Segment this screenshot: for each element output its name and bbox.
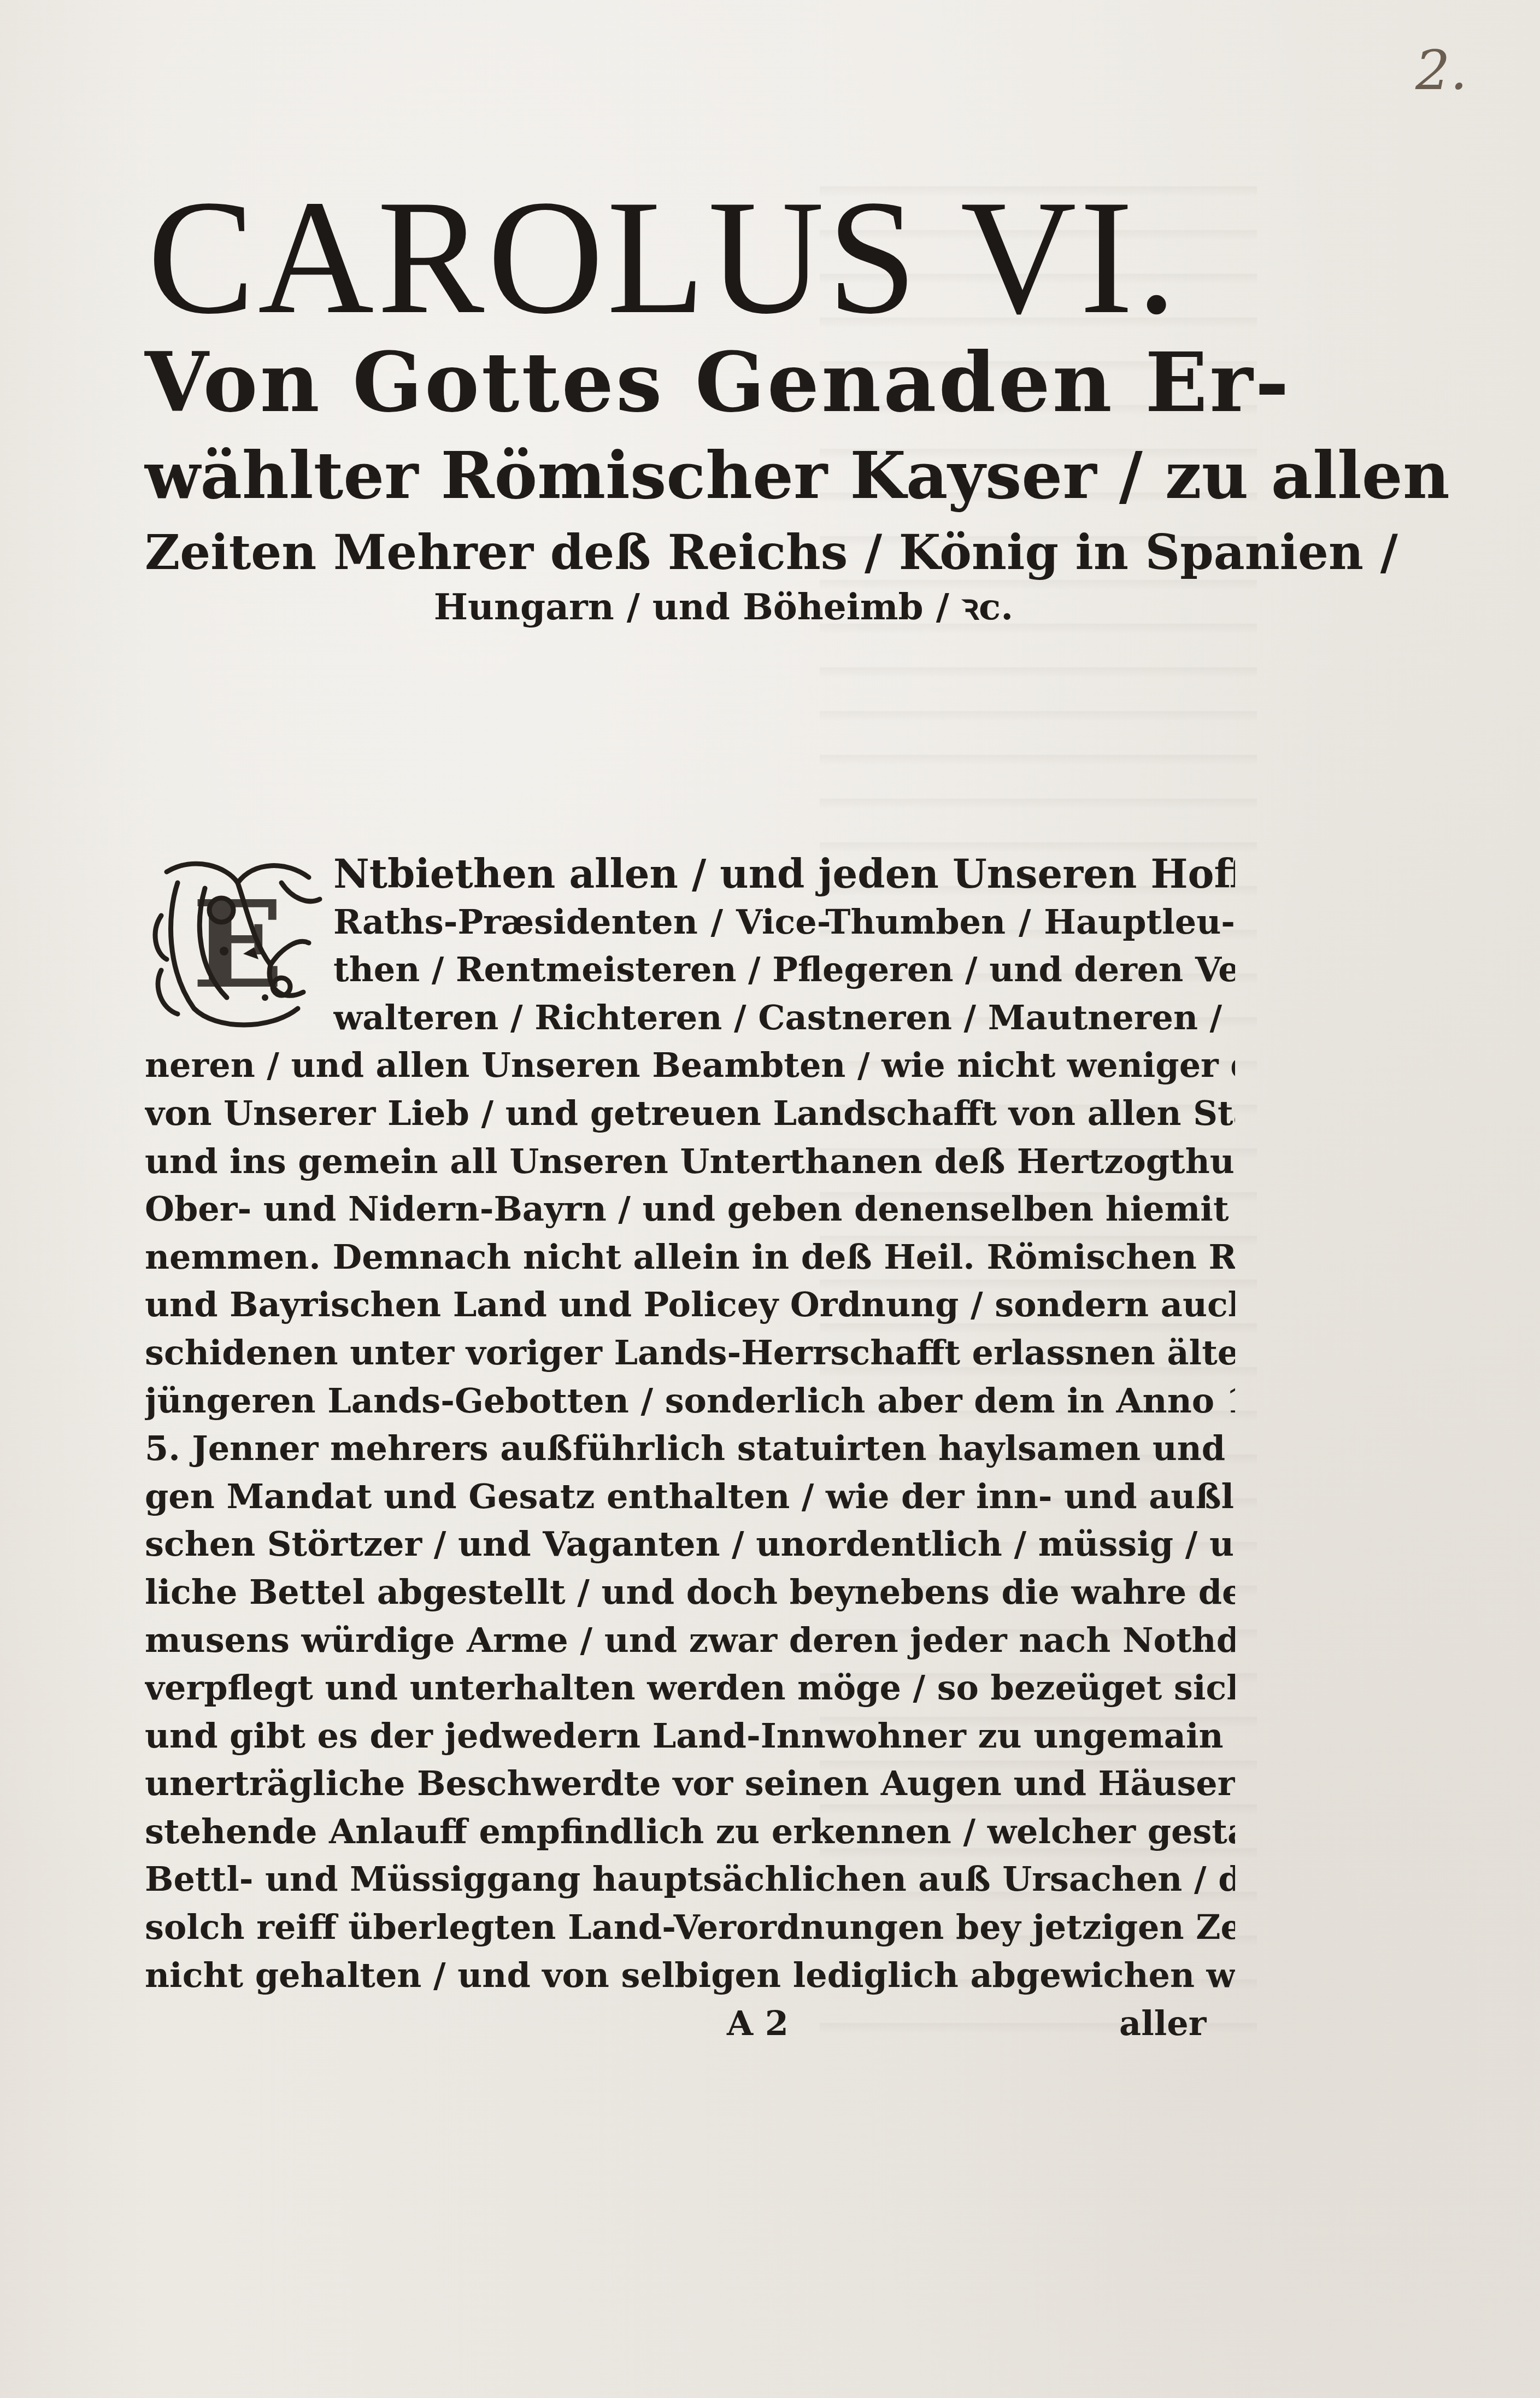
text-line: solch reiff überlegten Land-Verordnungen… [145, 1903, 1235, 1951]
text-line: und ins gemein all Unseren Unterthanen d… [145, 1138, 1235, 1186]
text-line: schen Störtzer / und Vaganten / unordent… [145, 1520, 1235, 1568]
text-line: Bettl- und Müssiggang hauptsächlichen au… [145, 1855, 1235, 1903]
text-line: walteren / Richteren / Castneren / Mautn… [333, 994, 1235, 1042]
text-line: stehende Anlauff empfindlich zu erkennen… [145, 1808, 1235, 1856]
text-line: von Unserer Lieb / und getreuen Landscha… [145, 1089, 1235, 1138]
text-line: Raths-Præsidenten / Vice-Thumben / Haupt… [333, 898, 1235, 946]
catchword: aller [1119, 2003, 1206, 2043]
title-line-2: wählter Römischer Kayser / zu allen [145, 437, 1238, 514]
text-line: und gibt es der jedwedern Land-Innwohner… [145, 1712, 1235, 1760]
text-line: liche Bettel abgestellt / und doch beyne… [145, 1568, 1235, 1616]
text-line: musens würdige Arme / und zwar deren jed… [145, 1616, 1235, 1664]
text-line: und Bayrischen Land und Policey Ordnung … [145, 1281, 1235, 1329]
document-page: 2. CAROLUS VI. Von Gottes Genaden Er- wä… [0, 0, 1540, 2398]
folio-mark: 2. [1415, 38, 1467, 102]
title-line-4: Hungarn / und Böheimb / ꝛc. [0, 582, 1540, 631]
text-line: schidenen unter voriger Lands-Herrschaff… [145, 1329, 1235, 1377]
text-line: Ober- und Nidern-Bayrn / und geben denen… [145, 1185, 1235, 1233]
title-line-1: Von Gottes Genaden Er- [145, 336, 1238, 429]
text-line: verpflegt und unterhalten werden möge / … [145, 1664, 1235, 1712]
text-line: 5. Jenner mehrers außführlich statuirten… [145, 1424, 1235, 1473]
text-line: nemmen. Demnach nicht allein in deß Heil… [145, 1233, 1235, 1281]
text-line: nicht gehalten / und von selbigen ledigl… [145, 1951, 1235, 2000]
text-line: then / Rentmeisteren / Pflegeren / und d… [333, 946, 1235, 994]
text-line: unerträgliche Beschwerdte vor seinen Aug… [145, 1760, 1235, 1808]
title-line-3: Zeiten Mehrer deß Reichs / König in Span… [145, 522, 1238, 582]
text-line: neren / und allen Unseren Beambten / wie… [145, 1041, 1235, 1089]
body-text: Ntbiethen allen / und jeden Unseren Hoff… [145, 850, 1235, 1999]
signature-mark: A 2 [727, 2003, 789, 2043]
text-line: jüngeren Lands-Gebotten / sonderlich abe… [145, 1377, 1235, 1425]
title-line-4-text: Hungarn / und Böheimb / ꝛc. [434, 582, 1014, 631]
page-title: CAROLUS VI. [148, 175, 1197, 339]
text-line: gen Mandat und Gesatz enthalten / wie de… [145, 1473, 1235, 1521]
text-line: Ntbiethen allen / und jeden Unseren Hoff… [333, 850, 1235, 898]
